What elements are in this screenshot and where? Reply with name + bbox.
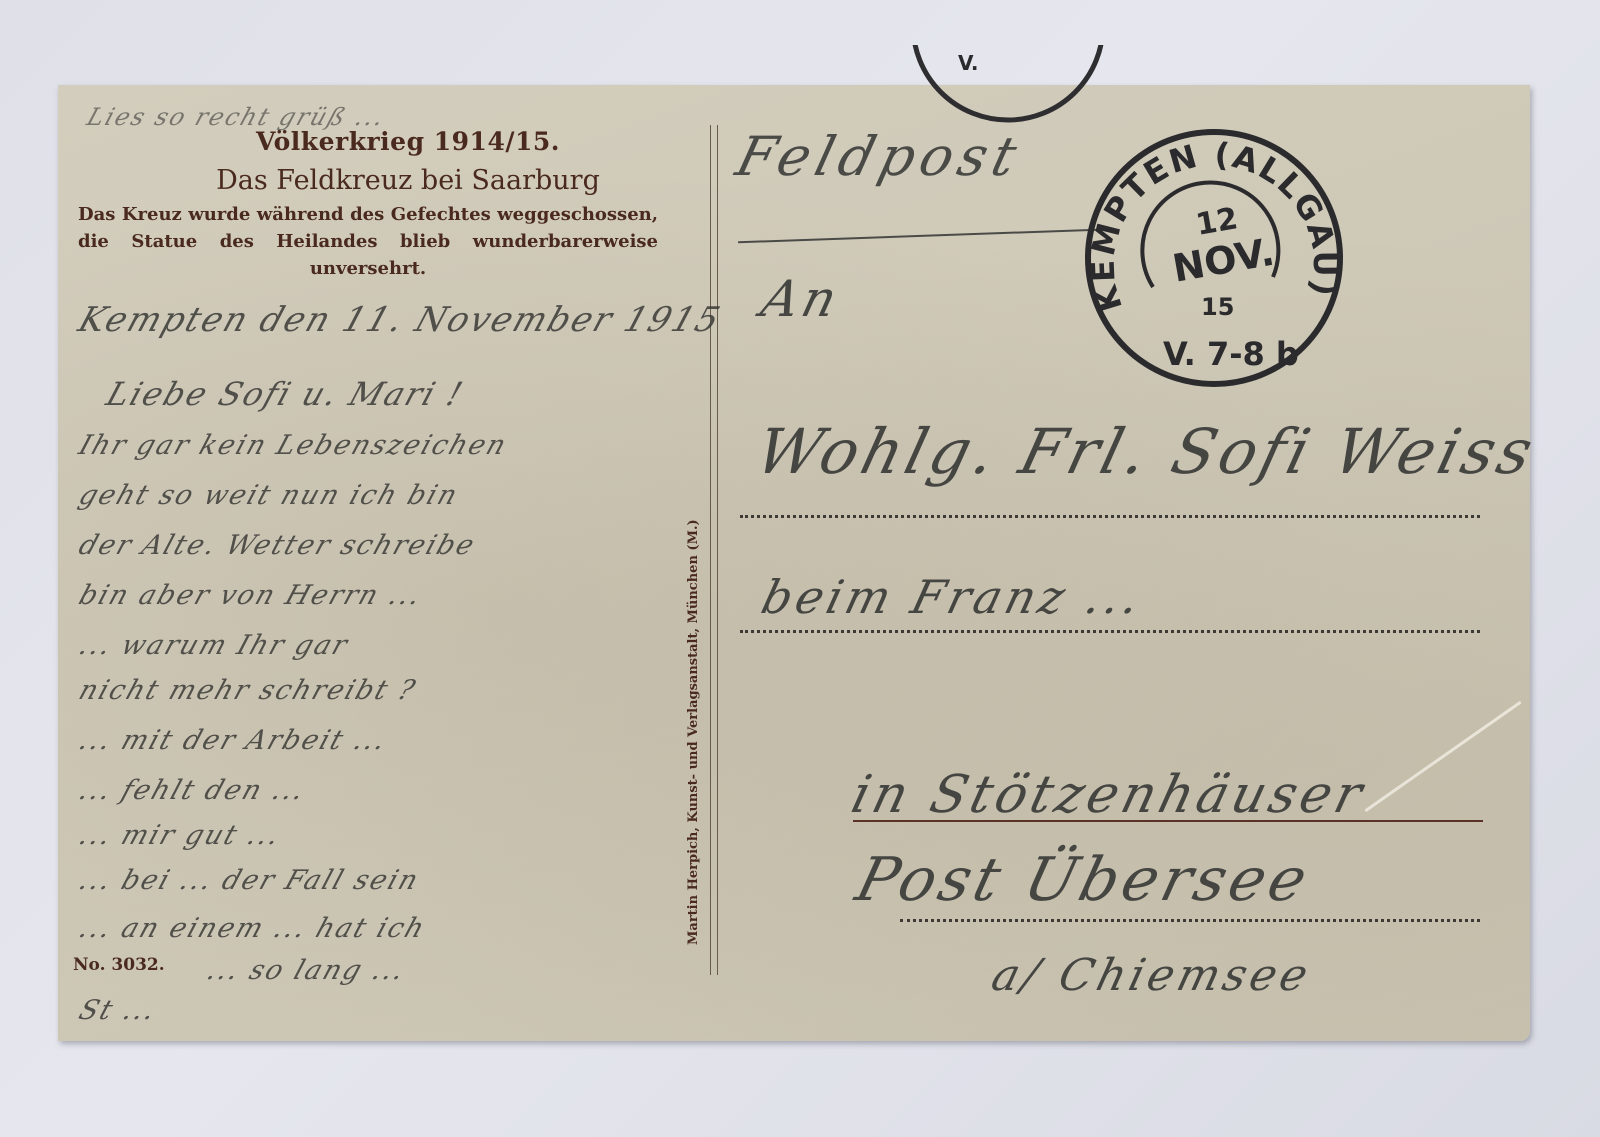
address-town: in Stötzenhäuser bbox=[846, 765, 1372, 825]
message-line: ... an einem ... hat ich bbox=[75, 913, 430, 944]
message-line: Ihr gar kein Lebenszeichen bbox=[75, 430, 512, 461]
postmark-month: NOV. bbox=[1169, 230, 1277, 291]
message-dateline: Kempten den 11. November 1915 bbox=[74, 300, 727, 340]
message-line: bin aber von Herrn ... bbox=[75, 580, 426, 611]
center-divider bbox=[710, 125, 718, 975]
catalog-number: No. 3032. bbox=[73, 955, 165, 975]
message-greeting: Liebe Sofi u. Mari ! bbox=[102, 375, 469, 413]
paper-crease bbox=[1364, 701, 1521, 812]
partial-postmark: V. bbox=[908, 45, 1108, 125]
feldpost-label: Feldpost bbox=[730, 125, 1029, 188]
address-line-2 bbox=[740, 630, 1480, 633]
address-line-1 bbox=[740, 515, 1480, 518]
address-recipient: Wohlg. Frl. Sofi Weiss bbox=[749, 415, 1544, 488]
address-post-office: Post Übersee bbox=[849, 845, 1317, 915]
message-line: ... fehlt den ... bbox=[75, 775, 310, 806]
address-town-underline bbox=[853, 820, 1483, 822]
printed-subheading: Das Feldkreuz bei Saarburg bbox=[138, 165, 678, 196]
postmark-year: 15 bbox=[1201, 293, 1234, 321]
message-line: ... so lang ... bbox=[203, 955, 410, 986]
feldpost-underline bbox=[738, 229, 1098, 244]
publisher-imprint: Martin Herpich, Kunst- und Verlagsanstal… bbox=[686, 385, 701, 945]
postmark-time: V. 7-8 b bbox=[1163, 335, 1299, 373]
address-region: a/ Chiemsee bbox=[987, 950, 1317, 1001]
address-line-4 bbox=[900, 919, 1480, 922]
message-line: ... bei ... der Fall sein bbox=[75, 865, 424, 896]
message-line: ... warum Ihr gar bbox=[75, 630, 353, 661]
address-care-of: beim Franz ... bbox=[756, 570, 1149, 624]
message-line: nicht mehr schreibt ? bbox=[75, 675, 421, 706]
printed-heading: Völkerkrieg 1914/15. bbox=[138, 127, 678, 156]
address-salutation: An bbox=[756, 270, 847, 328]
postmark: KEMPTEN (ALLGÄU) 2 12 NOV. 15 V. 7-8 b bbox=[1083, 127, 1345, 389]
postcard: Völkerkrieg 1914/15. Das Feldkreuz bei S… bbox=[58, 85, 1530, 1041]
printed-caption: Das Kreuz wurde während des Gefechtes we… bbox=[78, 201, 658, 282]
message-line: geht so weit nun ich bin bbox=[75, 480, 463, 511]
message-line: der Alte. Wetter schreibe bbox=[75, 530, 480, 561]
message-signature: St ... bbox=[75, 995, 161, 1026]
svg-text:V.: V. bbox=[958, 51, 979, 75]
message-line: ... mir gut ... bbox=[75, 820, 285, 851]
message-line: ... mit der Arbeit ... bbox=[75, 725, 391, 756]
message-overwrite-line: Lies so recht grüß ... bbox=[83, 103, 389, 131]
